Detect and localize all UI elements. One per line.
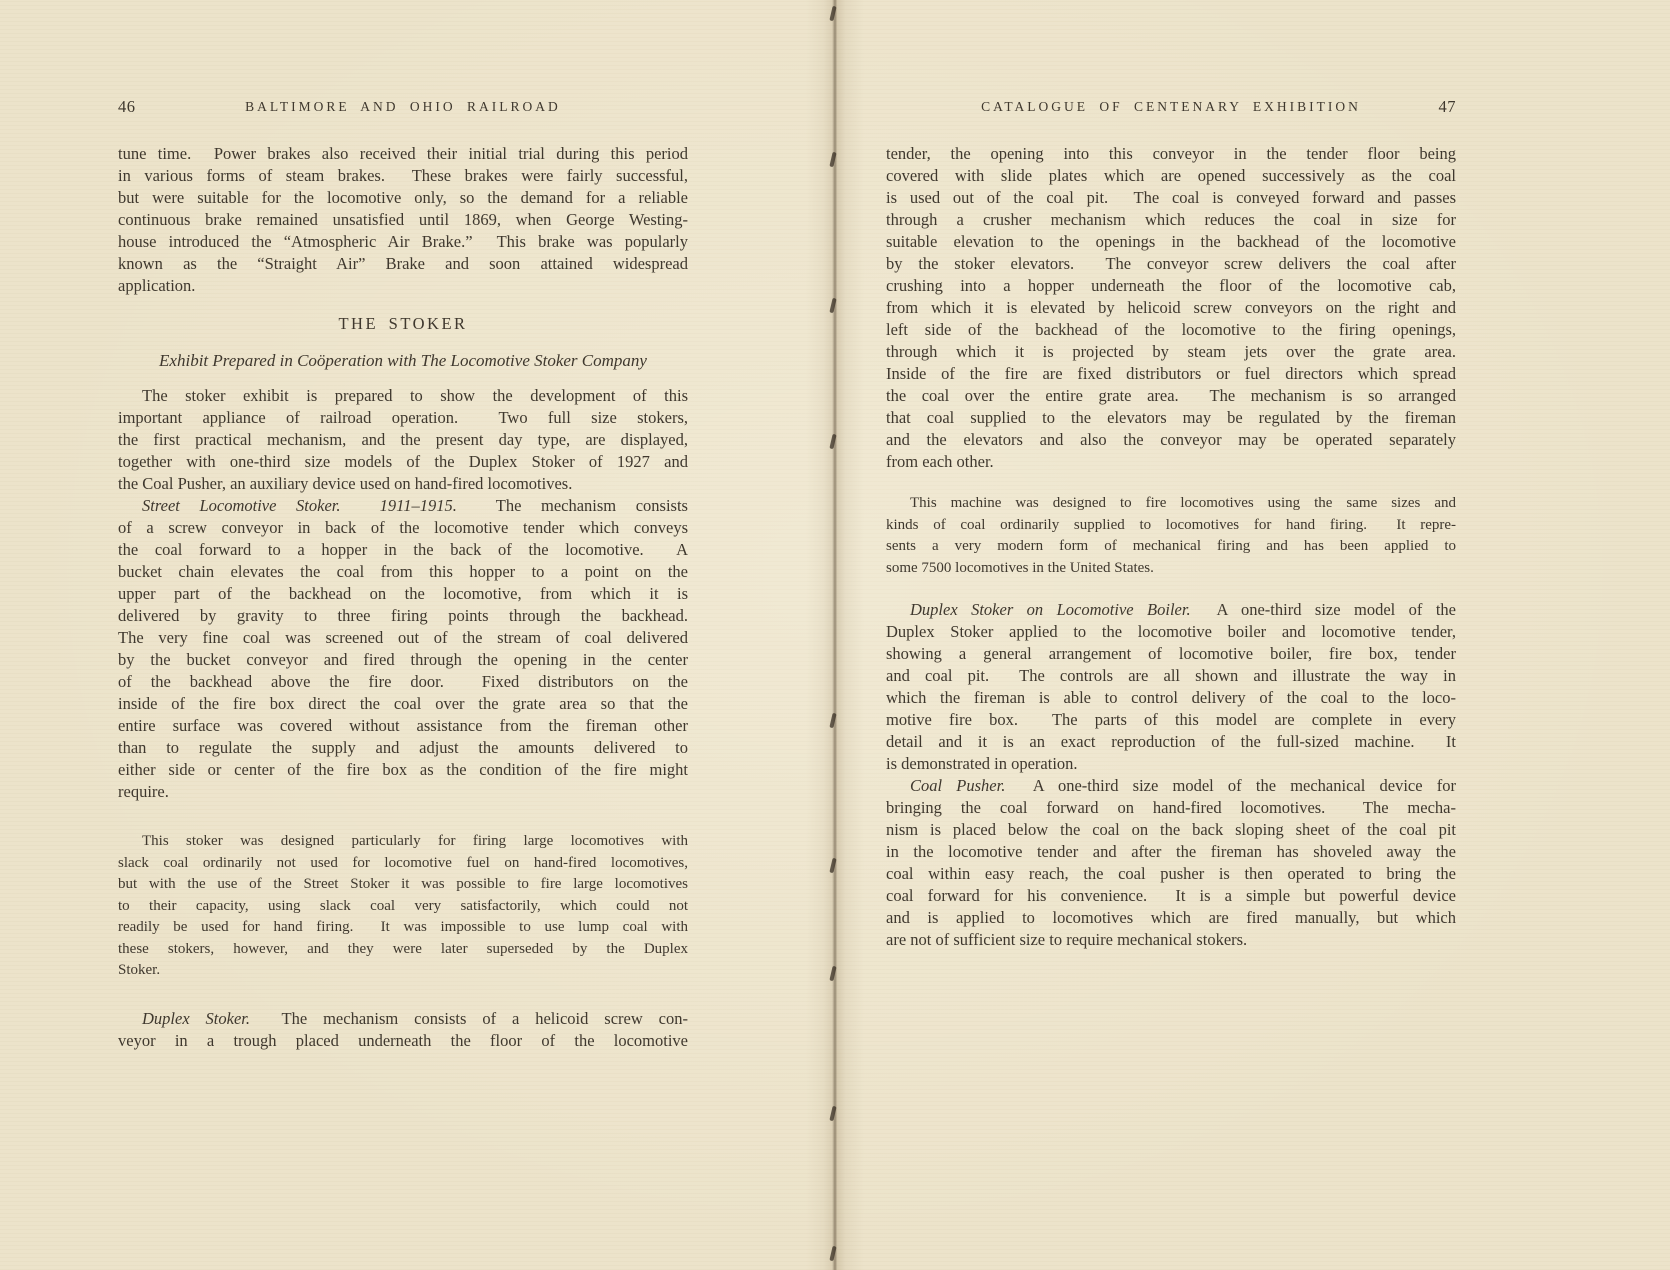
roman-text: readily be used for hand firing. It was …: [118, 919, 688, 935]
roman-text: covered with slide plates which are open…: [886, 166, 1456, 185]
roman-text: either side or center of the fire box as…: [118, 760, 688, 779]
roman-text: and is applied to locomotives which are …: [886, 908, 1456, 927]
text-line: The very fine coal was screened out of t…: [118, 627, 688, 649]
text-line: Duplex Stoker. The mechanism consists of…: [118, 1008, 688, 1030]
roman-text: coal within easy reach, the coal pusher …: [886, 864, 1456, 883]
roman-text: but were suitable for the locomotive onl…: [118, 188, 688, 207]
roman-text: The mechanism consists: [457, 496, 688, 515]
text-line: suitable elevation to the openings in th…: [886, 231, 1456, 253]
roman-text: The stoker exhibit is prepared to show t…: [142, 386, 688, 405]
roman-text: upper part of the backhead on the locomo…: [118, 584, 688, 603]
text-line: This stoker was designed particularly fo…: [118, 831, 688, 853]
page-body: tune time. Power brakes also received th…: [118, 143, 688, 1052]
roman-text: entire surface was covered without assis…: [118, 716, 688, 735]
text-line: through which it is projected by steam j…: [886, 341, 1456, 363]
roman-text: veyor in a trough placed underneath the …: [118, 1031, 688, 1050]
text-line: slack coal ordinarily not used for locom…: [118, 853, 688, 875]
text-line: readily be used for hand firing. It was …: [118, 917, 688, 939]
roman-text: is used out of the coal pit. The coal is…: [886, 188, 1456, 207]
roman-text: is demonstrated in operation.: [886, 754, 1078, 773]
text-line: the coal forward to a hopper in the back…: [118, 539, 688, 561]
roman-text: the coal over the entire grate area. The…: [886, 386, 1456, 405]
text-line: tune time. Power brakes also received th…: [118, 143, 688, 165]
roman-text: house introduced the “Atmospheric Air Br…: [118, 232, 688, 251]
text-line: but were suitable for the locomotive onl…: [118, 187, 688, 209]
roman-text: through which it is projected by steam j…: [886, 342, 1456, 361]
text-line: coal within easy reach, the coal pusher …: [886, 863, 1456, 885]
running-head-right: CATALOGUE OF CENTENARY EXHIBITION: [886, 99, 1456, 115]
page-right: CATALOGUE OF CENTENARY EXHIBITION 47 ten…: [886, 97, 1456, 951]
text-line: from each other.: [886, 451, 1456, 473]
roman-text: slack coal ordinarily not used for locom…: [118, 855, 688, 871]
roman-text: are not of sufficient size to require me…: [886, 930, 1247, 949]
text-line: The stoker exhibit is prepared to show t…: [118, 385, 688, 407]
roman-text: by the bucket conveyor and fired through…: [118, 650, 688, 669]
paragraph: Street Locomotive Stoker. 1911–1915. The…: [118, 495, 688, 803]
roman-text: that coal supplied to the elevators may …: [886, 408, 1456, 427]
roman-text: which the fireman is able to control del…: [886, 688, 1456, 707]
text-line: in the locomotive tender and after the f…: [886, 841, 1456, 863]
text-line: either side or center of the fire box as…: [118, 759, 688, 781]
book-gutter-seam: [806, 0, 864, 1270]
text-line: showing a general arrangement of locomot…: [886, 643, 1456, 665]
text-line: Stoker.: [118, 960, 688, 982]
text-line: the coal over the entire grate area. The…: [886, 385, 1456, 407]
paragraph: Coal Pusher. A one-third size model of t…: [886, 775, 1456, 951]
roman-text: tender, the opening into this conveyor i…: [886, 144, 1456, 163]
roman-text: but with the use of the Street Stoker it…: [118, 876, 688, 892]
text-line: This machine was designed to fire locomo…: [886, 493, 1456, 515]
text-line: that coal supplied to the elevators may …: [886, 407, 1456, 429]
roman-text: in various forms of steam brakes. These …: [118, 166, 688, 185]
text-line: detail and it is an exact reproduction o…: [886, 731, 1456, 753]
text-line: than to regulate the supply and adjust t…: [118, 737, 688, 759]
text-line: inside of the fire box direct the coal o…: [118, 693, 688, 715]
roman-text: Stoker.: [118, 962, 160, 978]
roman-text: of the backhead above the fire door. Fix…: [118, 672, 688, 691]
text-line: and is applied to locomotives which are …: [886, 907, 1456, 929]
book-spread: 46 BALTIMORE AND OHIO RAILROAD tune time…: [0, 0, 1670, 1270]
text-line: left side of the backhead of the locomot…: [886, 319, 1456, 341]
text-line: continuous brake remained unsatisfied un…: [118, 209, 688, 231]
text-line: Street Locomotive Stoker. 1911–1915. The…: [118, 495, 688, 517]
roman-text: kinds of coal ordinarily supplied to loc…: [886, 517, 1456, 533]
text-line: bucket chain elevates the coal from this…: [118, 561, 688, 583]
roman-text: known as the “Straight Air” Brake and so…: [118, 254, 688, 273]
text-line: sents a very modern form of mechanical f…: [886, 536, 1456, 558]
roman-text: The mechanism consists of a helicoid scr…: [250, 1009, 688, 1028]
text-line: to their capacity, using slack coal very…: [118, 896, 688, 918]
paragraph: This stoker was designed particularly fo…: [118, 831, 688, 982]
text-line: together with one-third size models of t…: [118, 451, 688, 473]
text-line: of the backhead above the fire door. Fix…: [118, 671, 688, 693]
text-line: of a screw conveyor in back of the locom…: [118, 517, 688, 539]
roman-text: bucket chain elevates the coal from this…: [118, 562, 688, 581]
roman-text: and the elevators and also the conveyor …: [886, 430, 1456, 449]
roman-text: of a screw conveyor in back of the locom…: [118, 518, 688, 537]
roman-text: crushing into a hopper underneath the fl…: [886, 276, 1456, 295]
roman-text: in the locomotive tender and after the f…: [886, 842, 1456, 861]
text-line: in various forms of steam brakes. These …: [118, 165, 688, 187]
text-line: crushing into a hopper underneath the fl…: [886, 275, 1456, 297]
roman-text: showing a general arrangement of locomot…: [886, 644, 1456, 663]
roman-text: application.: [118, 276, 195, 295]
roman-text: inside of the fire box direct the coal o…: [118, 694, 688, 713]
paragraph: tender, the opening into this conveyor i…: [886, 143, 1456, 473]
roman-text: than to regulate the supply and adjust t…: [118, 738, 688, 757]
text-line: but with the use of the Street Stoker it…: [118, 874, 688, 896]
text-line: by the bucket conveyor and fired through…: [118, 649, 688, 671]
text-line: veyor in a trough placed underneath the …: [118, 1030, 688, 1052]
text-line: and coal pit. The controls are all shown…: [886, 665, 1456, 687]
text-line: is used out of the coal pit. The coal is…: [886, 187, 1456, 209]
roman-text: from each other.: [886, 452, 994, 471]
text-line: is demonstrated in operation.: [886, 753, 1456, 775]
text-line: kinds of coal ordinarily supplied to loc…: [886, 515, 1456, 537]
text-line: important appliance of railroad operatio…: [118, 407, 688, 429]
roman-text: nism is placed below the coal on the bac…: [886, 820, 1456, 839]
text-line: motive fire box. The parts of this model…: [886, 709, 1456, 731]
text-line: upper part of the backhead on the locomo…: [118, 583, 688, 605]
page-left-header: 46 BALTIMORE AND OHIO RAILROAD: [118, 97, 688, 117]
roman-text: tune time. Power brakes also received th…: [118, 144, 688, 163]
roman-text: A one-third size model of the mechanical…: [1005, 776, 1456, 795]
roman-text: together with one-third size models of t…: [118, 452, 688, 471]
text-line: some 7500 locomotives in the United Stat…: [886, 558, 1456, 580]
text-line: are not of sufficient size to require me…: [886, 929, 1456, 951]
roman-text: some 7500 locomotives in the United Stat…: [886, 560, 1154, 576]
paragraph: tune time. Power brakes also received th…: [118, 143, 688, 297]
roman-text: coal forward for his convenience. It is …: [886, 886, 1456, 905]
text-line: the first practical mechanism, and the p…: [118, 429, 688, 451]
section-heading: THE STOKER: [118, 313, 688, 335]
italic-text: Street Locomotive Stoker. 1911–1915.: [142, 496, 457, 515]
text-line: these stokers, however, and they were la…: [118, 939, 688, 961]
roman-text: by the stoker elevators. The conveyor sc…: [886, 254, 1456, 273]
roman-text: the coal forward to a hopper in the back…: [118, 540, 688, 559]
roman-text: A one-third size model of the: [1191, 600, 1456, 619]
paragraph: The stoker exhibit is prepared to show t…: [118, 385, 688, 495]
roman-text: detail and it is an exact reproduction o…: [886, 732, 1456, 751]
roman-text: delivered by gravity to three firing poi…: [118, 606, 688, 625]
running-head-left: BALTIMORE AND OHIO RAILROAD: [118, 99, 688, 115]
text-line: tender, the opening into this conveyor i…: [886, 143, 1456, 165]
text-line: by the stoker elevators. The conveyor sc…: [886, 253, 1456, 275]
text-line: Inside of the fire are fixed distributor…: [886, 363, 1456, 385]
text-line: require.: [118, 781, 688, 803]
section-subtitle: Exhibit Prepared in Coöperation with The…: [118, 350, 688, 372]
text-line: application.: [118, 275, 688, 297]
text-line: Duplex Stoker on Locomotive Boiler. A on…: [886, 599, 1456, 621]
text-line: delivered by gravity to three firing poi…: [118, 605, 688, 627]
roman-text: these stokers, however, and they were la…: [118, 941, 688, 957]
text-line: which the fireman is able to control del…: [886, 687, 1456, 709]
page-right-header: CATALOGUE OF CENTENARY EXHIBITION 47: [886, 97, 1456, 117]
text-line: the Coal Pusher, an auxiliary device use…: [118, 473, 688, 495]
text-line: from which it is elevated by helicoid sc…: [886, 297, 1456, 319]
text-line: Duplex Stoker applied to the locomotive …: [886, 621, 1456, 643]
roman-text: motive fire box. The parts of this model…: [886, 710, 1456, 729]
paragraph: Duplex Stoker. The mechanism consists of…: [118, 1008, 688, 1052]
roman-text: sents a very modern form of mechanical f…: [886, 538, 1456, 554]
paragraph: Duplex Stoker on Locomotive Boiler. A on…: [886, 599, 1456, 775]
text-line: nism is placed below the coal on the bac…: [886, 819, 1456, 841]
text-line: and the elevators and also the conveyor …: [886, 429, 1456, 451]
text-line: through a crusher mechanism which reduce…: [886, 209, 1456, 231]
roman-text: suitable elevation to the openings in th…: [886, 232, 1456, 251]
italic-text: Coal Pusher.: [910, 776, 1005, 795]
roman-text: and coal pit. The controls are all shown…: [886, 666, 1456, 685]
text-line: known as the “Straight Air” Brake and so…: [118, 253, 688, 275]
roman-text: important appliance of railroad operatio…: [118, 408, 688, 427]
page-left: 46 BALTIMORE AND OHIO RAILROAD tune time…: [118, 97, 688, 1052]
italic-text: Duplex Stoker on Locomotive Boiler.: [910, 600, 1191, 619]
roman-text: left side of the backhead of the locomot…: [886, 320, 1456, 339]
roman-text: the Coal Pusher, an auxiliary device use…: [118, 474, 572, 493]
text-line: coal forward for his convenience. It is …: [886, 885, 1456, 907]
paragraph: This machine was designed to fire locomo…: [886, 493, 1456, 579]
text-line: entire surface was covered without assis…: [118, 715, 688, 737]
italic-text: Duplex Stoker.: [142, 1009, 250, 1028]
page-body: tender, the opening into this conveyor i…: [886, 143, 1456, 951]
roman-text: through a crusher mechanism which reduce…: [886, 210, 1456, 229]
text-line: covered with slide plates which are open…: [886, 165, 1456, 187]
roman-text: from which it is elevated by helicoid sc…: [886, 298, 1456, 317]
roman-text: This machine was designed to fire locomo…: [910, 495, 1456, 511]
roman-text: require.: [118, 782, 169, 801]
roman-text: Inside of the fire are fixed distributor…: [886, 364, 1456, 383]
roman-text: Duplex Stoker applied to the locomotive …: [886, 622, 1456, 641]
roman-text: the first practical mechanism, and the p…: [118, 430, 688, 449]
roman-text: This stoker was designed particularly fo…: [142, 833, 688, 849]
text-line: bringing the coal forward on hand-fired …: [886, 797, 1456, 819]
text-line: Coal Pusher. A one-third size model of t…: [886, 775, 1456, 797]
text-line: house introduced the “Atmospheric Air Br…: [118, 231, 688, 253]
roman-text: The very fine coal was screened out of t…: [118, 628, 688, 647]
roman-text: continuous brake remained unsatisfied un…: [118, 210, 688, 229]
roman-text: to their capacity, using slack coal very…: [118, 898, 688, 914]
roman-text: bringing the coal forward on hand-fired …: [886, 798, 1456, 817]
page-number-right: 47: [1439, 97, 1457, 117]
